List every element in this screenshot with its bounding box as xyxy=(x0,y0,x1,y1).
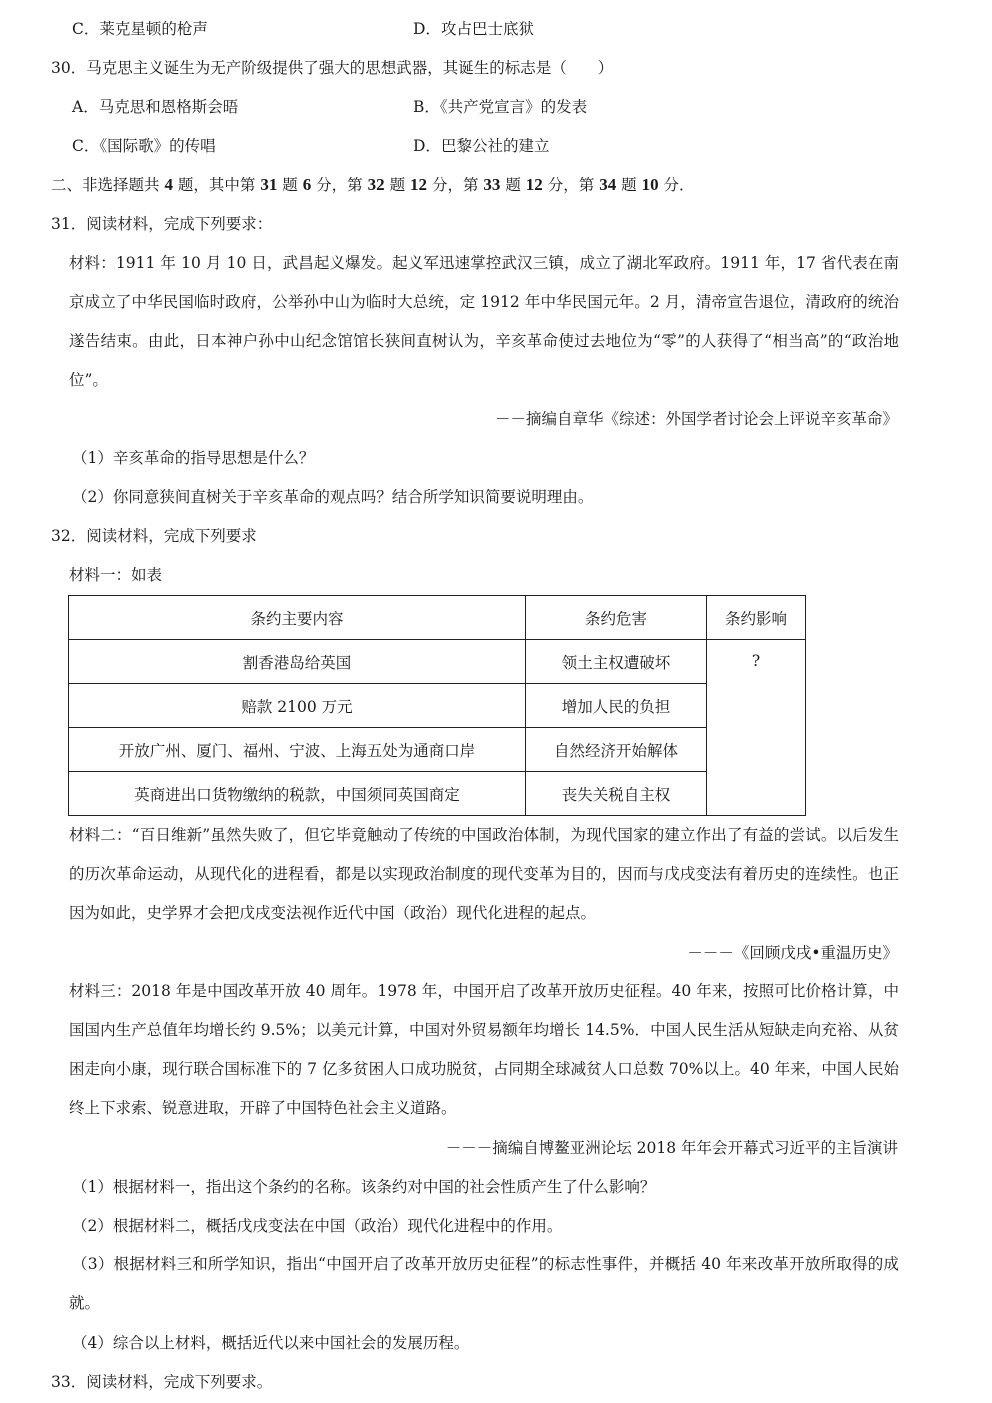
table-row: 割香港岛给英国 领土主权遭破坏 ? xyxy=(69,640,806,684)
q32-subquestion-4: （4）综合以上材料，概括近代以来中国社会的发展历程。 xyxy=(72,1333,469,1353)
q29-option-d: D．攻占巴士底狱 xyxy=(413,19,534,39)
option-label: C． xyxy=(72,137,99,155)
question-ref: 34 xyxy=(599,175,616,194)
question-33-title: 33．阅读材料，完成下列要求。 xyxy=(51,1372,272,1392)
question-31-title: 31．阅读材料，完成下列要求： xyxy=(51,214,272,234)
heading-text: 题 xyxy=(621,176,637,194)
question-number: 33． xyxy=(51,1373,86,1391)
q30-option-a: A．马克思和恩格斯会晤 xyxy=(72,97,238,117)
table-row: 开放广州、厦门、福州、宁波、上海五处为通商口岸 自然经济开始解体 xyxy=(69,728,806,772)
heading-text: 分，第 xyxy=(432,176,479,194)
cell-impact: ? xyxy=(707,640,806,816)
cell-harm: 自然经济开始解体 xyxy=(526,728,707,772)
question-number: 31． xyxy=(51,215,86,233)
option-label: B． xyxy=(413,98,440,116)
score: 6 xyxy=(303,175,312,194)
question-text: 阅读材料，完成下列要求 xyxy=(86,527,257,545)
header-impact: 条约影响 xyxy=(707,596,806,640)
score: 12 xyxy=(410,175,427,194)
option-text: 攻占巴士底狱 xyxy=(441,20,534,38)
score: 10 xyxy=(642,175,659,194)
header-harm: 条约危害 xyxy=(526,596,707,640)
option-text: 马克思和恩格斯会晤 xyxy=(99,98,239,116)
table-row: 英商进出口货物缴纳的税款，中国须同英国商定 丧失关税自主权 xyxy=(69,772,806,816)
heading-text: 题，其中第 xyxy=(178,176,256,194)
q32-source-2: －－－《回顾戊戌•重温历史》 xyxy=(687,943,898,963)
table-header-row: 条约主要内容 条约危害 条约影响 xyxy=(69,596,806,640)
q32-material-1-label: 材料一：如表 xyxy=(69,565,162,585)
question-text: 马克思主义诞生为无产阶级提供了强大的思想武器，其诞生的标志是（ ） xyxy=(86,59,613,77)
q31-subquestion-1: （1）辛亥革命的指导思想是什么？ xyxy=(72,448,314,468)
q30-option-b: B．《共产党宣言》的发表 xyxy=(413,97,587,117)
question-ref: 33 xyxy=(483,175,500,194)
q31-subquestion-2: （2）你同意狭间直树关于辛亥革命的观点吗？结合所学知识简要说明理由。 xyxy=(72,487,593,507)
option-text: 巴黎公社的建立 xyxy=(441,137,550,155)
option-text: 《国际歌》的传唱 xyxy=(99,137,215,155)
q31-material: 材料：1911 年 10 月 10 日，武昌起义爆发。起义军迅速掌控武汉三镇，成… xyxy=(69,244,899,400)
option-label: D． xyxy=(413,20,441,38)
heading-text: 分． xyxy=(664,176,695,194)
q32-material-3: 材料三：2018 年是中国改革开放 40 周年。1978 年，中国开启了改革开放… xyxy=(69,972,899,1128)
cell-harm: 领土主权遭破坏 xyxy=(526,640,707,684)
heading-text: 分，第 xyxy=(548,176,595,194)
question-text: 阅读材料，完成下列要求： xyxy=(86,215,272,233)
option-text: 莱克星顿的枪声 xyxy=(99,20,208,38)
question-count: 4 xyxy=(164,175,173,194)
q32-material-2: 材料二：“百日维新”虽然失败了，但它毕竟触动了传统的中国政治体制，为现代国家的建… xyxy=(69,816,899,933)
q32-subquestion-3: （3）根据材料三和所学知识，指出“中国开启了改革开放历史征程”的标志性事件，并概… xyxy=(69,1245,899,1323)
q32-subquestion-2: （2）根据材料二，概括戊戌变法在中国（政治）现代化进程中的作用。 xyxy=(72,1216,562,1236)
heading-text: 二、非选择题共 xyxy=(51,176,160,194)
header-content: 条约主要内容 xyxy=(69,596,526,640)
section-2-heading: 二、非选择题共 4 题，其中第 31 题 6 分，第 32 题 12 分，第 3… xyxy=(51,175,695,195)
option-text: 《共产党宣言》的发表 xyxy=(440,98,587,116)
cell-content: 赔款 2100 万元 xyxy=(69,684,526,728)
cell-content: 割香港岛给英国 xyxy=(69,640,526,684)
question-ref: 32 xyxy=(368,175,385,194)
q30-option-c: C．《国际歌》的传唱 xyxy=(72,136,216,156)
question-number: 32． xyxy=(51,527,86,545)
heading-text: 题 xyxy=(505,176,521,194)
q29-option-c: C．莱克星顿的枪声 xyxy=(72,19,208,39)
treaty-table: 条约主要内容 条约危害 条约影响 割香港岛给英国 领土主权遭破坏 ? 赔款 21… xyxy=(68,595,806,816)
question-32-title: 32．阅读材料，完成下列要求 xyxy=(51,526,257,546)
cell-harm: 增加人民的负担 xyxy=(526,684,707,728)
heading-text: 题 xyxy=(282,176,298,194)
option-label: D． xyxy=(413,137,441,155)
option-label: A． xyxy=(72,98,99,116)
q32-subquestion-1: （1）根据材料一，指出这个条约的名称。该条约对中国的社会性质产生了什么影响？ xyxy=(72,1177,655,1197)
heading-text: 题 xyxy=(390,176,406,194)
question-text: 阅读材料，完成下列要求。 xyxy=(86,1373,272,1391)
score: 12 xyxy=(526,175,543,194)
cell-content: 英商进出口货物缴纳的税款，中国须同英国商定 xyxy=(69,772,526,816)
heading-text: 分，第 xyxy=(316,176,363,194)
q31-source: －－摘编自章华《综述：外国学者讨论会上评说辛亥革命》 xyxy=(495,409,898,429)
cell-content: 开放广州、厦门、福州、宁波、上海五处为通商口岸 xyxy=(69,728,526,772)
table-row: 赔款 2100 万元 增加人民的负担 xyxy=(69,684,806,728)
q32-source-3: －－－摘编自博鳌亚洲论坛 2018 年年会开幕式习近平的主旨演讲 xyxy=(446,1138,898,1158)
question-number: 30． xyxy=(51,59,86,77)
question-ref: 31 xyxy=(260,175,277,194)
question-30-stem: 30．马克思主义诞生为无产阶级提供了强大的思想武器，其诞生的标志是（ ） xyxy=(51,58,613,78)
option-label: C． xyxy=(72,20,99,38)
cell-harm: 丧失关税自主权 xyxy=(526,772,707,816)
q30-option-d: D．巴黎公社的建立 xyxy=(413,136,549,156)
